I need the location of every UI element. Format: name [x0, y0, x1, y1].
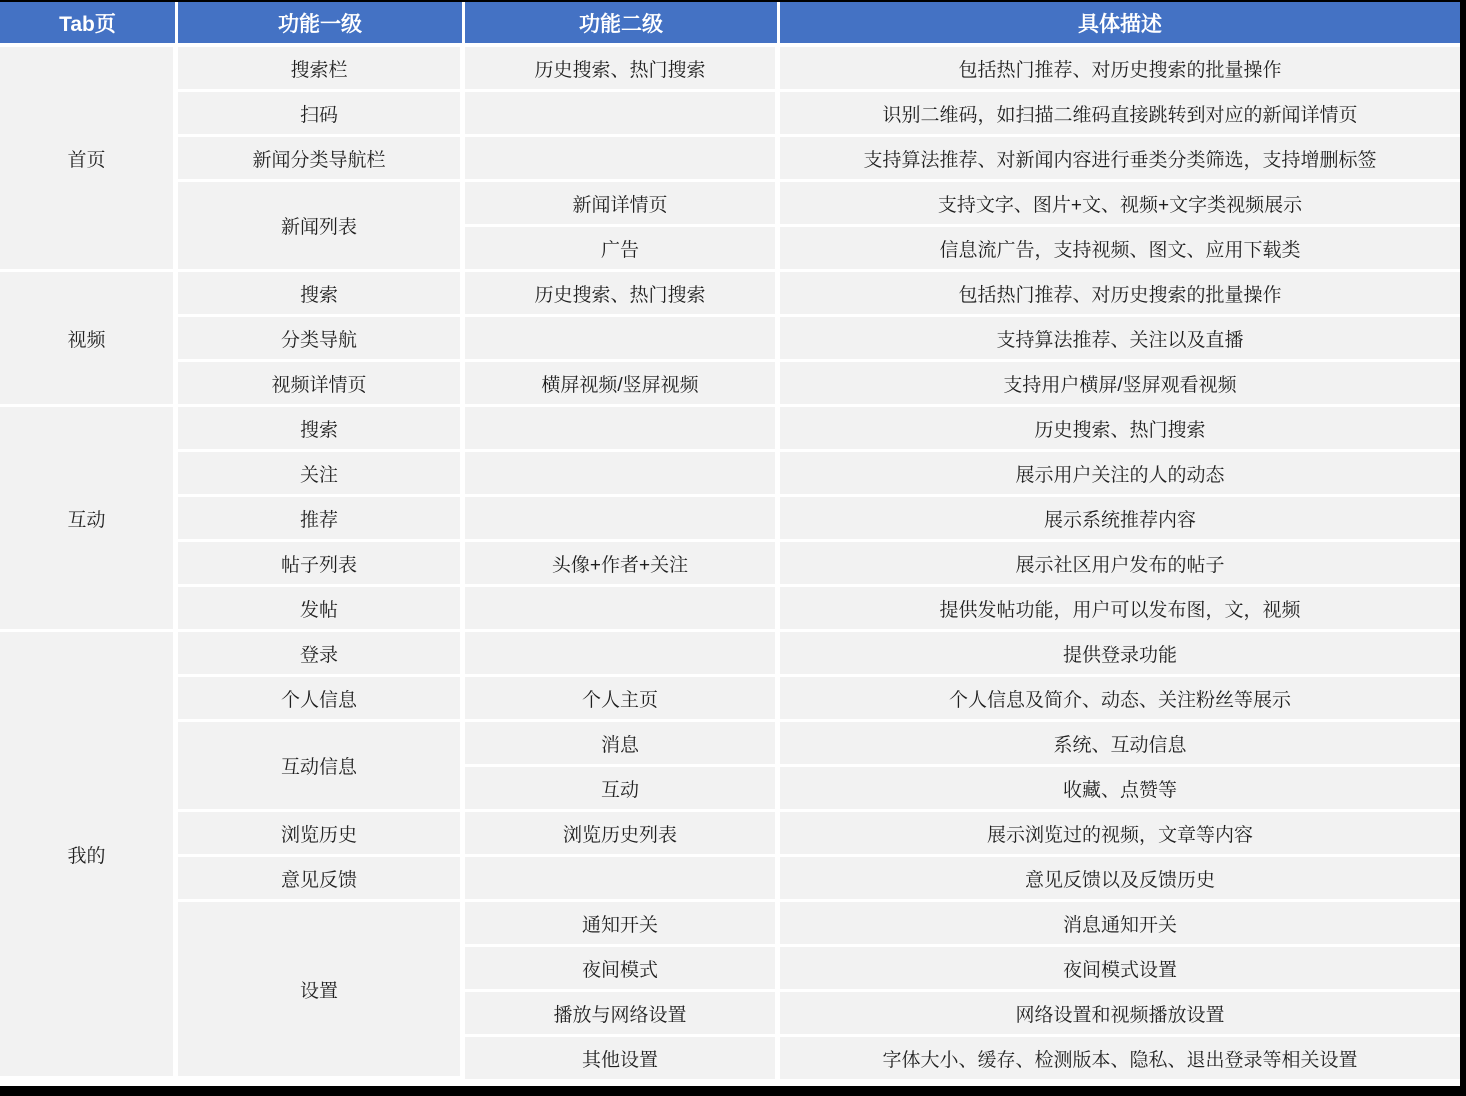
header-row: Tab页 功能一级 功能二级 具体描述 [0, 2, 1460, 47]
table-row: 发帖提供发帖功能，用户可以发布图，文，视频 [0, 587, 1460, 632]
level1-cell: 推荐 [178, 497, 465, 542]
column-header-description: 具体描述 [780, 2, 1460, 47]
desc-cell: 提供发帖功能，用户可以发布图，文，视频 [780, 587, 1460, 632]
desc-cell: 包括热门推荐、对历史搜索的批量操作 [780, 47, 1460, 92]
desc-cell: 展示系统推荐内容 [780, 497, 1460, 542]
desc-cell: 展示浏览过的视频，文章等内容 [780, 812, 1460, 857]
table-row: 意见反馈意见反馈以及反馈历史 [0, 857, 1460, 902]
level1-cell: 搜索栏 [178, 47, 465, 92]
column-header-level1: 功能一级 [178, 2, 465, 47]
level1-cell: 新闻分类导航栏 [178, 137, 465, 182]
level2-cell: 夜间模式 [465, 947, 780, 992]
desc-cell: 消息通知开关 [780, 902, 1460, 947]
desc-cell: 展示用户关注的人的动态 [780, 452, 1460, 497]
table-row: 我的登录提供登录功能 [0, 632, 1460, 677]
desc-cell: 提供登录功能 [780, 632, 1460, 677]
feature-table: Tab页 功能一级 功能二级 具体描述 首页搜索栏历史搜索、热门搜索包括热门推荐… [0, 2, 1460, 1079]
desc-cell: 支持用户横屏/竖屏观看视频 [780, 362, 1460, 407]
bottom-edge-bar [0, 1086, 1466, 1096]
level2-cell [465, 497, 780, 542]
table-row: 帖子列表头像+作者+关注展示社区用户发布的帖子 [0, 542, 1460, 587]
level2-cell: 通知开关 [465, 902, 780, 947]
tab-cell: 视频 [0, 272, 178, 407]
level2-cell: 头像+作者+关注 [465, 542, 780, 587]
desc-cell: 意见反馈以及反馈历史 [780, 857, 1460, 902]
right-edge-bar [1460, 2, 1466, 1096]
level1-cell: 发帖 [178, 587, 465, 632]
level1-cell: 关注 [178, 452, 465, 497]
desc-cell: 个人信息及简介、动态、关注粉丝等展示 [780, 677, 1460, 722]
level2-cell: 历史搜索、热门搜索 [465, 47, 780, 92]
level1-cell: 搜索 [178, 272, 465, 317]
level1-cell: 扫码 [178, 92, 465, 137]
level2-cell [465, 137, 780, 182]
desc-cell: 信息流广告，支持视频、图文、应用下载类 [780, 227, 1460, 272]
app-feature-table-page: Tab页 功能一级 功能二级 具体描述 首页搜索栏历史搜索、热门搜索包括热门推荐… [0, 0, 1466, 1096]
level2-cell: 播放与网络设置 [465, 992, 780, 1037]
desc-cell: 历史搜索、热门搜索 [780, 407, 1460, 452]
level1-cell: 新闻列表 [178, 182, 465, 272]
level1-cell: 视频详情页 [178, 362, 465, 407]
desc-cell: 系统、互动信息 [780, 722, 1460, 767]
level1-cell: 搜索 [178, 407, 465, 452]
table-row: 视频搜索历史搜索、热门搜索包括热门推荐、对历史搜索的批量操作 [0, 272, 1460, 317]
level2-cell [465, 407, 780, 452]
level1-cell: 互动信息 [178, 722, 465, 812]
level1-cell: 设置 [178, 902, 465, 1079]
level2-cell [465, 857, 780, 902]
level2-cell: 其他设置 [465, 1037, 780, 1079]
desc-cell: 展示社区用户发布的帖子 [780, 542, 1460, 587]
table-row: 视频详情页横屏视频/竖屏视频支持用户横屏/竖屏观看视频 [0, 362, 1460, 407]
desc-cell: 识别二维码，如扫描二维码直接跳转到对应的新闻详情页 [780, 92, 1460, 137]
level1-cell: 意见反馈 [178, 857, 465, 902]
level2-cell: 横屏视频/竖屏视频 [465, 362, 780, 407]
level2-cell: 新闻详情页 [465, 182, 780, 227]
level2-cell [465, 632, 780, 677]
level1-cell: 浏览历史 [178, 812, 465, 857]
column-header-level2: 功能二级 [465, 2, 780, 47]
table-row: 浏览历史浏览历史列表展示浏览过的视频，文章等内容 [0, 812, 1460, 857]
desc-cell: 字体大小、缓存、检测版本、隐私、退出登录等相关设置 [780, 1037, 1460, 1079]
table-row: 设置通知开关消息通知开关 [0, 902, 1460, 947]
level2-cell: 浏览历史列表 [465, 812, 780, 857]
tab-cell: 互动 [0, 407, 178, 632]
level2-cell: 个人主页 [465, 677, 780, 722]
level2-cell [465, 317, 780, 362]
level2-cell [465, 452, 780, 497]
table-row: 互动信息消息系统、互动信息 [0, 722, 1460, 767]
table-row: 关注展示用户关注的人的动态 [0, 452, 1460, 497]
desc-cell: 包括热门推荐、对历史搜索的批量操作 [780, 272, 1460, 317]
table-row: 互动搜索历史搜索、热门搜索 [0, 407, 1460, 452]
table-row: 分类导航支持算法推荐、关注以及直播 [0, 317, 1460, 362]
table-body: 首页搜索栏历史搜索、热门搜索包括热门推荐、对历史搜索的批量操作扫码识别二维码，如… [0, 47, 1460, 1079]
desc-cell: 网络设置和视频播放设置 [780, 992, 1460, 1037]
level2-cell: 互动 [465, 767, 780, 812]
table-row: 扫码识别二维码，如扫描二维码直接跳转到对应的新闻详情页 [0, 92, 1460, 137]
column-header-tab: Tab页 [0, 2, 178, 47]
table-row: 首页搜索栏历史搜索、热门搜索包括热门推荐、对历史搜索的批量操作 [0, 47, 1460, 92]
level1-cell: 帖子列表 [178, 542, 465, 587]
desc-cell: 支持算法推荐、关注以及直播 [780, 317, 1460, 362]
level2-cell [465, 587, 780, 632]
level2-cell: 广告 [465, 227, 780, 272]
desc-cell: 支持文字、图片+文、视频+文字类视频展示 [780, 182, 1460, 227]
level2-cell: 历史搜索、热门搜索 [465, 272, 780, 317]
desc-cell: 夜间模式设置 [780, 947, 1460, 992]
table-row: 推荐展示系统推荐内容 [0, 497, 1460, 542]
level1-cell: 分类导航 [178, 317, 465, 362]
table-row: 新闻分类导航栏支持算法推荐、对新闻内容进行垂类分类筛选，支持增删标签 [0, 137, 1460, 182]
level2-cell: 消息 [465, 722, 780, 767]
desc-cell: 收藏、点赞等 [780, 767, 1460, 812]
table-row: 个人信息个人主页个人信息及简介、动态、关注粉丝等展示 [0, 677, 1460, 722]
level2-cell [465, 92, 780, 137]
desc-cell: 支持算法推荐、对新闻内容进行垂类分类筛选，支持增删标签 [780, 137, 1460, 182]
tab-cell: 我的 [0, 632, 178, 1079]
table-header: Tab页 功能一级 功能二级 具体描述 [0, 2, 1460, 47]
table-row: 新闻列表新闻详情页支持文字、图片+文、视频+文字类视频展示 [0, 182, 1460, 227]
level1-cell: 个人信息 [178, 677, 465, 722]
level1-cell: 登录 [178, 632, 465, 677]
tab-cell: 首页 [0, 47, 178, 272]
